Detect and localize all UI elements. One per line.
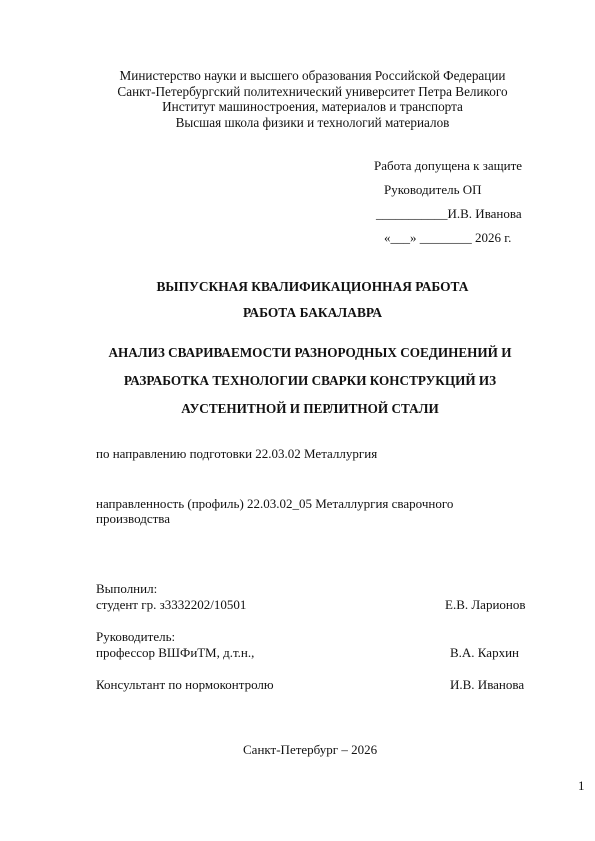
topic-line: АУСТЕНИТНОЙ И ПЕРЛИТНОЙ СТАЛИ	[0, 395, 595, 423]
approval-signature-line: ___________И.В. Иванова	[376, 206, 522, 221]
study-profile-line1: направленность (профиль) 22.03.02_05 Мет…	[96, 496, 453, 511]
study-profile-line2: производства	[96, 511, 170, 526]
thesis-topic: АНАЛИЗ СВАРИВАЕМОСТИ РАЗНОРОДНЫХ СОЕДИНЕ…	[0, 339, 595, 423]
study-direction: по направлению подготовки 22.03.02 Метал…	[96, 446, 377, 461]
supervisor-position: профессор ВШФиТМ, д.т.н.,	[96, 645, 254, 660]
performed-label: Выполнил:	[96, 581, 157, 596]
approval-supervisor-title: Руководитель ОП	[384, 182, 482, 197]
institute-line: Институт машиностроения, материалов и тр…	[15, 99, 595, 115]
supervisor-label: Руководитель:	[96, 629, 175, 644]
approval-date-line: «___» ________ 2026 г.	[384, 230, 511, 245]
topic-line: АНАЛИЗ СВАРИВАЕМОСТИ РАЗНОРОДНЫХ СОЕДИНЕ…	[0, 339, 595, 367]
work-type-subtitle: РАБОТА БАКАЛАВРА	[0, 305, 595, 321]
work-type-title: ВЫПУСКНАЯ КВАЛИФИКАЦИОННАЯ РАБОТА	[0, 279, 595, 295]
student-name: Е.В. Ларионов	[445, 597, 526, 612]
student-group: студент гр. з3332202/10501	[96, 597, 246, 612]
university-line: Санкт-Петербургский политехнический унив…	[15, 84, 595, 100]
normcontrol-label: Консультант по нормоконтролю	[96, 677, 274, 692]
supervisor-name: В.А. Кархин	[450, 645, 519, 660]
city-year: Санкт-Петербург – 2026	[243, 742, 377, 758]
page-number: 1	[578, 778, 585, 794]
topic-line: РАЗРАБОТКА ТЕХНОЛОГИИ СВАРКИ КОНСТРУКЦИЙ…	[0, 367, 595, 395]
school-line: Высшая школа физики и технологий материа…	[15, 115, 595, 131]
ministry-line: Министерство науки и высшего образования…	[15, 68, 595, 84]
organization-header: Министерство науки и высшего образования…	[15, 68, 595, 130]
normcontrol-name: И.В. Иванова	[450, 677, 524, 692]
approval-admitted: Работа допущена к защите	[374, 158, 522, 173]
